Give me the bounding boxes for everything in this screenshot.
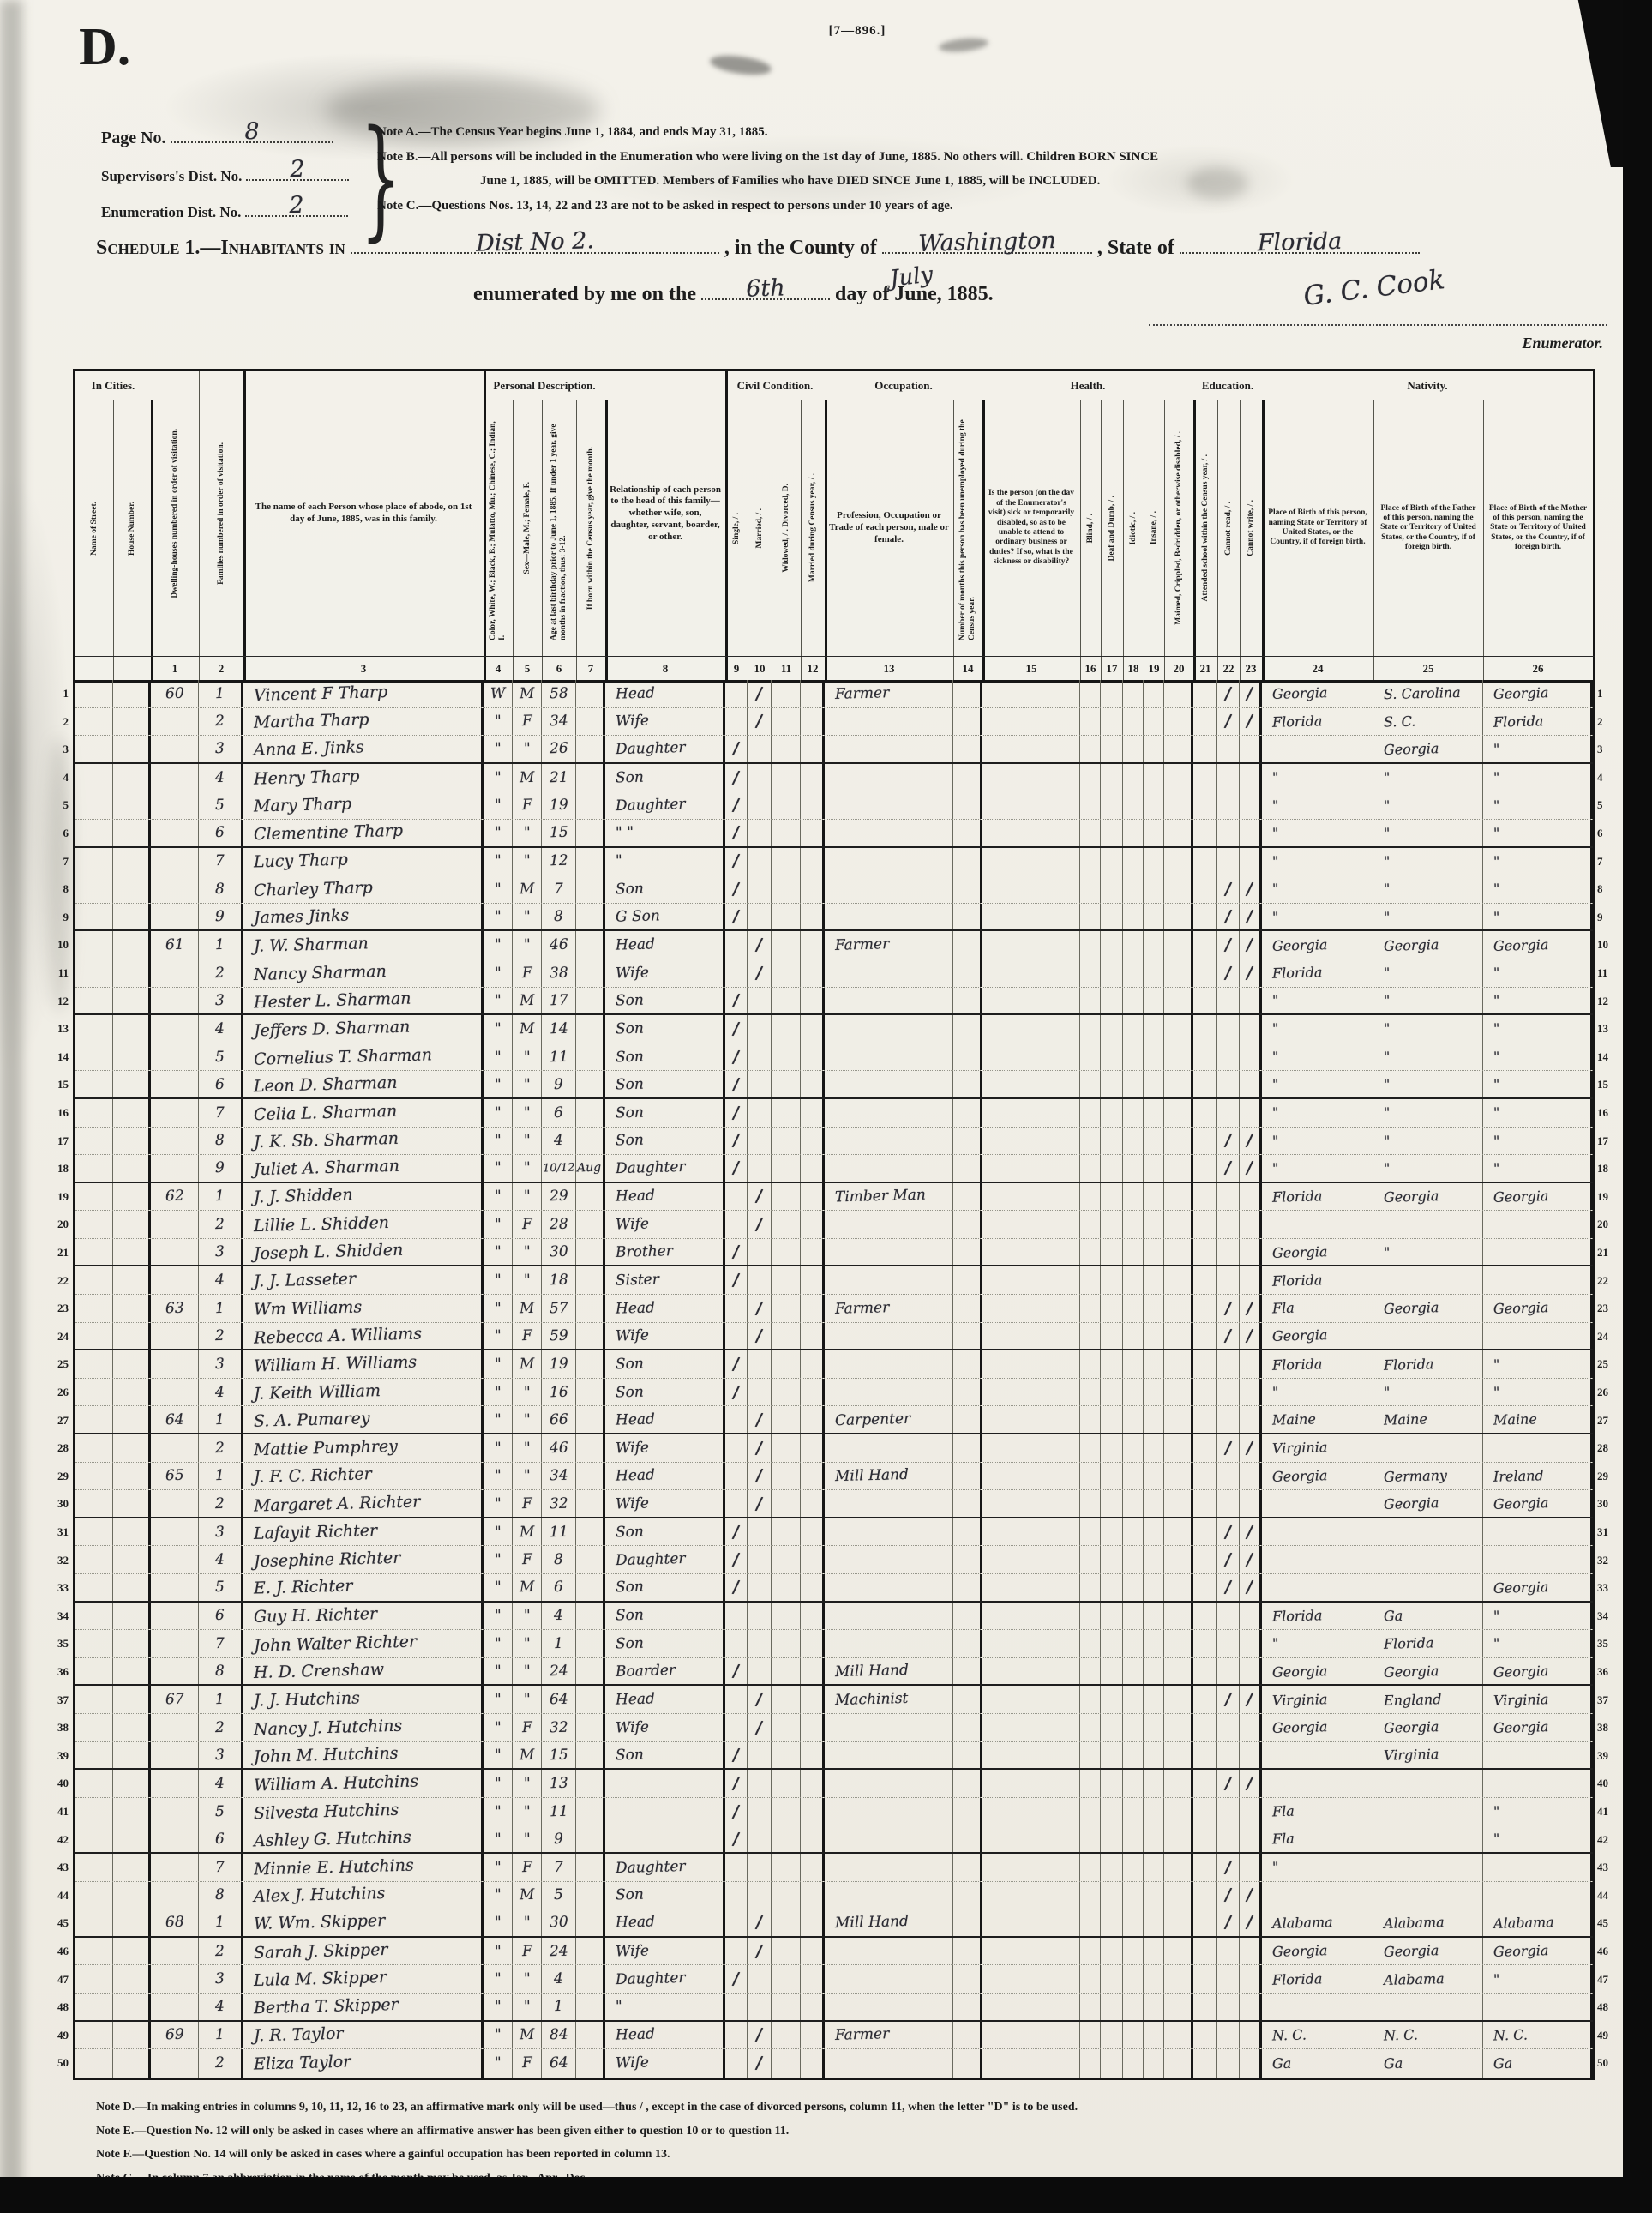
row-number: 43 xyxy=(57,1861,69,1874)
cell-street xyxy=(75,1603,113,1630)
cell-born_month xyxy=(576,1882,605,1909)
entry-birth_self: Alabama xyxy=(1272,1914,1333,1932)
cell-birth_father: Georgia xyxy=(1373,1490,1483,1517)
cell-born_month xyxy=(576,791,605,819)
entry-color: " xyxy=(494,797,501,814)
cell-birth_father: Germany xyxy=(1373,1463,1483,1490)
entry-age: 4 xyxy=(554,1607,563,1624)
entry-color: " xyxy=(494,1691,501,1708)
cell-birth_self: " xyxy=(1262,1015,1373,1043)
cell-cannot_read: / xyxy=(1217,1518,1240,1546)
cell-maimed xyxy=(1164,1350,1193,1378)
column-number-color: 4 xyxy=(484,656,514,680)
entry-color: " xyxy=(494,1216,501,1233)
row-number: 22 xyxy=(57,1274,69,1288)
cell-insane xyxy=(1144,1742,1164,1769)
table-row: 3Joseph L. Shidden""30Brother/Georgia" xyxy=(75,1239,1593,1267)
cell-age: 29 xyxy=(542,1183,576,1211)
cell-cannot_read xyxy=(1217,1463,1240,1490)
cell-birth_mother: " xyxy=(1483,904,1593,930)
cell-family: 3 xyxy=(199,736,243,762)
entry-relationship: Son xyxy=(616,1019,644,1037)
cell-insane xyxy=(1144,959,1164,987)
cell-married: / xyxy=(748,1714,772,1741)
cell-cannot_write xyxy=(1240,764,1262,791)
cell-school xyxy=(1193,1686,1217,1713)
cell-street xyxy=(75,1770,113,1797)
entry-sex: F xyxy=(521,1327,532,1344)
table-row: 621J. J. Shidden""29Head/Timber ManFlori… xyxy=(75,1183,1593,1212)
cell-age: 19 xyxy=(542,1350,576,1378)
cell-color: " xyxy=(484,1406,513,1433)
cell-birth_mother: Florida xyxy=(1483,708,1593,736)
cell-maimed xyxy=(1164,1155,1193,1182)
cell-occupation: Mill Hand xyxy=(825,1909,953,1936)
cell-married xyxy=(748,820,772,846)
cell-cannot_write xyxy=(1240,1015,1262,1043)
cell-maimed xyxy=(1164,931,1193,959)
entry-relationship: Son xyxy=(616,1103,644,1122)
entry-relationship: Head xyxy=(616,1299,655,1317)
cell-married xyxy=(748,904,772,930)
cell-sex: M xyxy=(513,680,542,707)
cell-color: " xyxy=(484,931,513,959)
entry-family: 6 xyxy=(215,824,225,841)
cell-birth_self: " xyxy=(1262,988,1373,1014)
entry-color: " xyxy=(494,1243,501,1260)
entry-sex: " xyxy=(523,1272,530,1289)
cell-cannot_read: / xyxy=(1217,959,1240,987)
cell-family: 2 xyxy=(199,2049,243,2078)
cell-street xyxy=(75,875,113,903)
cell-deaf xyxy=(1101,1379,1123,1406)
column-label-maimed: Maimed, Crippled, Bedridden, or otherwis… xyxy=(1174,431,1184,625)
cell-family: 5 xyxy=(199,1043,243,1071)
entry-single: / xyxy=(733,1242,740,1261)
cell-school xyxy=(1193,1183,1217,1211)
column-number-maimed: 20 xyxy=(1164,656,1196,680)
supervisors-dist-row: Supervisors's Dist. No. 2 xyxy=(101,168,349,185)
entry-birth_father: Georgia xyxy=(1384,936,1439,954)
cell-name: Celia L. Sharman xyxy=(243,1099,484,1127)
entry-name: Minnie E. Hutchins xyxy=(254,1855,414,1879)
cell-born_month xyxy=(576,736,605,762)
entry-age: 6 xyxy=(554,1579,563,1596)
entry-name: Juliet A. Sharman xyxy=(254,1157,400,1179)
cell-idiotic xyxy=(1123,848,1144,875)
cell-family: 8 xyxy=(199,875,243,903)
cell-street xyxy=(75,736,113,762)
cell-idiotic xyxy=(1123,1770,1144,1797)
entry-single: / xyxy=(733,1103,740,1122)
entry-relationship: Wife xyxy=(616,1942,649,1960)
cell-widowed xyxy=(772,1854,801,1881)
cell-relationship: Daughter xyxy=(605,1965,725,1993)
entry-birth_mother: Alabama xyxy=(1493,1914,1554,1932)
entry-birth_father: " xyxy=(1384,1104,1391,1121)
row-number: 28 xyxy=(57,1441,69,1455)
cell-birth_mother xyxy=(1483,1882,1593,1909)
entry-birth_mother: " xyxy=(1493,1384,1500,1400)
cell-cannot_read xyxy=(1217,1211,1240,1238)
cell-cannot_read xyxy=(1217,764,1240,791)
cell-widowed xyxy=(772,875,801,903)
entry-cannot_write: / xyxy=(1247,1774,1253,1793)
row-number: 29 xyxy=(57,1470,69,1483)
cell-sex: " xyxy=(513,1603,542,1630)
cell-name: J. R. Taylor xyxy=(243,2022,484,2049)
cell-widowed xyxy=(772,1295,801,1322)
column-label-blind: Blind, / . xyxy=(1086,514,1096,543)
row-number: 42 xyxy=(1597,1833,1608,1847)
entry-family: 2 xyxy=(215,2054,225,2072)
cell-relationship: Wife xyxy=(605,1323,725,1350)
cell-married xyxy=(748,1742,772,1769)
column-number-cannot_write: 23 xyxy=(1240,656,1265,680)
column-number-single: 9 xyxy=(725,656,748,680)
cell-family: 5 xyxy=(199,1574,243,1601)
entry-color: " xyxy=(494,1356,501,1373)
cell-insane xyxy=(1144,1043,1164,1071)
cell-unemployed xyxy=(953,1742,982,1769)
cell-deaf xyxy=(1101,1239,1123,1266)
cell-age: 21 xyxy=(542,764,576,791)
entry-sex: F xyxy=(521,713,532,730)
cell-house xyxy=(113,820,151,846)
cell-street xyxy=(75,1490,113,1517)
cell-married xyxy=(748,1825,772,1852)
cell-school xyxy=(1193,680,1217,707)
cell-house xyxy=(113,1630,151,1657)
cell-idiotic xyxy=(1123,1854,1144,1881)
cell-cannot_write: / xyxy=(1240,1882,1262,1909)
cell-birth_father: Georgia xyxy=(1373,736,1483,762)
cell-blind xyxy=(1080,1909,1101,1936)
row-number: 35 xyxy=(1597,1637,1608,1651)
cell-color: " xyxy=(484,1938,513,1965)
cell-cannot_read xyxy=(1217,1798,1240,1825)
cell-widowed xyxy=(772,1994,801,2020)
cell-dwelling xyxy=(151,1323,199,1350)
column-label-widowed: Widowed, / . Divorced, D. xyxy=(782,484,791,573)
cell-sex: " xyxy=(513,1155,542,1182)
column-label-deaf: Deaf and Dumb, / . xyxy=(1108,496,1117,562)
entry-single: / xyxy=(733,1746,740,1765)
cell-house xyxy=(113,1518,151,1546)
entry-relationship: Son xyxy=(616,1635,644,1653)
cell-deaf xyxy=(1101,1686,1123,1713)
cell-insane xyxy=(1144,1071,1164,1097)
entry-color: " xyxy=(494,2054,501,2072)
entry-birth_mother: " xyxy=(1493,1104,1500,1121)
cell-blind xyxy=(1080,1379,1101,1406)
cell-birth_self xyxy=(1262,736,1373,762)
cell-dwelling: 62 xyxy=(151,1183,199,1211)
cell-blind xyxy=(1080,1406,1101,1433)
cell-age: 4 xyxy=(542,1128,576,1155)
cell-relationship: Daughter xyxy=(605,791,725,819)
entry-dwelling: 68 xyxy=(165,1914,183,1932)
cell-sex: " xyxy=(513,1434,542,1462)
cell-maimed xyxy=(1164,1909,1193,1936)
cell-married_cy xyxy=(801,1043,825,1071)
cell-occupation xyxy=(825,1350,953,1378)
cell-deaf xyxy=(1101,820,1123,846)
entry-birth_mother: Georgia xyxy=(1493,1942,1549,1960)
column-number-born_month: 7 xyxy=(576,656,608,680)
district-line: Dist No 2. xyxy=(351,252,719,254)
cell-age: 26 xyxy=(542,736,576,762)
cell-unemployed xyxy=(953,1686,982,1713)
cell-birth_self: Virginia xyxy=(1262,1434,1373,1462)
column-header-birth_father: Place of Birth of the Father of this per… xyxy=(1373,400,1484,656)
entry-birth_mother: N. C. xyxy=(1493,2026,1528,2043)
note-b: Note B.—All persons will be included in … xyxy=(377,145,1389,170)
cell-occupation xyxy=(825,1603,953,1630)
cell-insane xyxy=(1144,1266,1164,1294)
cell-street xyxy=(75,820,113,846)
entry-birth_self: Fla xyxy=(1272,1831,1295,1848)
entry-sex: " xyxy=(523,1970,530,1987)
cell-insane xyxy=(1144,736,1164,762)
entry-family: 5 xyxy=(215,1802,225,1819)
cell-name: Ashley G. Hutchins xyxy=(243,1825,484,1852)
cell-sex: M xyxy=(513,1295,542,1322)
cell-relationship: Head xyxy=(605,1909,725,1936)
cell-street xyxy=(75,1574,113,1601)
entry-married: / xyxy=(756,1215,763,1234)
cell-house xyxy=(113,1379,151,1406)
cell-relationship: Daughter xyxy=(605,1546,725,1573)
cell-name: H. D. Crenshaw xyxy=(243,1658,484,1685)
column-label-birth_father: Place of Birth of the Father of this per… xyxy=(1373,502,1483,555)
cell-birth_father: S. C. xyxy=(1373,708,1483,736)
cell-age: 64 xyxy=(542,2049,576,2078)
entry-sex: " xyxy=(523,1188,530,1205)
cell-cannot_write: / xyxy=(1240,1128,1262,1155)
cell-deaf xyxy=(1101,848,1123,875)
cell-school xyxy=(1193,1825,1217,1852)
cell-dwelling xyxy=(151,1239,199,1266)
table-row: 671J. J. Hutchins""64Head/Machinist//Vir… xyxy=(75,1686,1593,1714)
cell-sick xyxy=(982,1015,1080,1043)
entry-relationship: Wife xyxy=(616,1439,649,1457)
cell-sex: M xyxy=(513,1015,542,1043)
entry-relationship: Son xyxy=(616,768,644,786)
cell-unemployed xyxy=(953,708,982,736)
cell-name: John M. Hutchins xyxy=(243,1742,484,1769)
cell-idiotic xyxy=(1123,1128,1144,1155)
entry-single: / xyxy=(733,1774,740,1793)
cell-sick xyxy=(982,1099,1080,1127)
enumeration-dist-value: 2 xyxy=(244,190,348,219)
entry-dwelling: 62 xyxy=(165,1188,183,1206)
cell-dwelling xyxy=(151,848,199,875)
cell-unemployed xyxy=(953,1183,982,1211)
table-row: 3Anna E. Jinks""26Daughter/Georgia" xyxy=(75,736,1593,764)
cell-street xyxy=(75,931,113,959)
cell-maimed xyxy=(1164,1323,1193,1350)
entry-sex: M xyxy=(520,1356,535,1373)
cell-married_cy xyxy=(801,1211,825,1238)
entry-sex: " xyxy=(523,1775,530,1792)
cell-birth_self: " xyxy=(1262,848,1373,875)
cell-cannot_write: / xyxy=(1240,1686,1262,1713)
cell-maimed xyxy=(1164,1938,1193,1965)
cell-birth_mother xyxy=(1483,1854,1593,1881)
cell-birth_self: " xyxy=(1262,1854,1373,1881)
cell-birth_father: " xyxy=(1373,848,1483,875)
cell-blind xyxy=(1080,1798,1101,1825)
cell-widowed xyxy=(772,959,801,987)
entry-family: 3 xyxy=(215,1243,225,1260)
column-header-age: Age at last birthday prior to June 1, 18… xyxy=(542,400,577,656)
enumeration-dist-label: Enumeration Dist. No. xyxy=(101,204,241,220)
cell-sick xyxy=(982,1434,1080,1462)
cell-birth_self: Georgia xyxy=(1262,1323,1373,1350)
cell-cannot_write: / xyxy=(1240,1909,1262,1936)
cell-birth_self xyxy=(1262,1546,1373,1573)
entry-age: 32 xyxy=(549,1494,568,1512)
cell-dwelling xyxy=(151,1518,199,1546)
column-header-cannot_write: Cannot write, / . xyxy=(1240,400,1265,656)
cell-dwelling: 69 xyxy=(151,2022,199,2049)
cell-house xyxy=(113,1015,151,1043)
cell-single xyxy=(725,1490,748,1517)
cell-house xyxy=(113,1490,151,1517)
note-e: Note E.—Question No. 12 will only be ask… xyxy=(96,2120,1553,2144)
cell-birth_self xyxy=(1262,1490,1373,1517)
cell-sick xyxy=(982,1909,1080,1936)
cell-cannot_read xyxy=(1217,1742,1240,1769)
cell-occupation xyxy=(825,1938,953,1965)
cell-street xyxy=(75,764,113,791)
cell-house xyxy=(113,1658,151,1685)
cell-occupation: Carpenter xyxy=(825,1406,953,1433)
column-number-school: 21 xyxy=(1193,656,1218,680)
row-number: 16 xyxy=(1597,1106,1608,1120)
column-number-birth_self: 24 xyxy=(1262,656,1374,680)
day-line: 6th xyxy=(701,298,830,300)
table-row: 2Nancy Sharman"F38Wife///Florida"" xyxy=(75,959,1593,988)
cell-relationship: Wife xyxy=(605,1211,725,1238)
cell-maimed xyxy=(1164,1490,1193,1517)
cell-house xyxy=(113,904,151,930)
cell-born_month xyxy=(576,1938,605,1965)
entry-sex: " xyxy=(523,1831,530,1848)
row-number: 48 xyxy=(1597,2000,1608,2014)
table-row: 2Margaret A. Richter"F32Wife/GeorgiaGeor… xyxy=(75,1490,1593,1518)
entry-birth_father: " xyxy=(1384,797,1391,814)
row-number: 34 xyxy=(57,1609,69,1623)
cell-occupation: Timber Man xyxy=(825,1183,953,1211)
cell-birth_self: Virginia xyxy=(1262,1686,1373,1713)
cell-maimed xyxy=(1164,904,1193,930)
cell-blind xyxy=(1080,1350,1101,1378)
cell-idiotic xyxy=(1123,1574,1144,1601)
cell-cannot_read: / xyxy=(1217,680,1240,707)
cell-relationship: Son xyxy=(605,1071,725,1097)
entry-relationship: Wife xyxy=(616,2054,649,2072)
cell-blind xyxy=(1080,1546,1101,1573)
entry-birth_self: " xyxy=(1272,1104,1279,1121)
cell-sick xyxy=(982,1714,1080,1741)
entry-birth_father: " xyxy=(1384,881,1391,897)
table-row: 9James Jinks""8G Son///""" xyxy=(75,904,1593,932)
cell-sick xyxy=(982,1155,1080,1182)
entry-sex: " xyxy=(523,740,530,757)
cell-birth_self: " xyxy=(1262,791,1373,819)
cell-deaf xyxy=(1101,1854,1123,1881)
cell-single xyxy=(725,1994,748,2020)
row-number: 35 xyxy=(57,1637,69,1651)
cell-deaf xyxy=(1101,1128,1123,1155)
cell-born_month xyxy=(576,1043,605,1071)
cell-born_month xyxy=(576,1686,605,1713)
cell-relationship: Head xyxy=(605,1295,725,1322)
entry-birth_self: " xyxy=(1272,908,1279,924)
entry-color: " xyxy=(494,1467,501,1484)
cell-idiotic xyxy=(1123,1658,1144,1685)
column-number-married: 10 xyxy=(748,656,772,680)
row-number: 24 xyxy=(1597,1330,1608,1344)
cell-occupation xyxy=(825,904,953,930)
entry-age: 18 xyxy=(549,1272,568,1290)
table-row: 611J. W. Sharman""46Head/Farmer//Georgia… xyxy=(75,931,1593,959)
cell-color: " xyxy=(484,1099,513,1127)
cell-name: W. Wm. Skipper xyxy=(243,1909,484,1936)
cell-married xyxy=(748,791,772,819)
entry-cannot_write: / xyxy=(1247,1299,1253,1318)
cell-dwelling xyxy=(151,1546,199,1573)
cell-sex: " xyxy=(513,1798,542,1825)
entry-color: " xyxy=(494,908,501,925)
entry-color: " xyxy=(494,1300,501,1317)
cell-insane xyxy=(1144,1239,1164,1266)
cell-birth_self: " xyxy=(1262,904,1373,930)
cell-born_month xyxy=(576,1658,605,1685)
table-row: 4Josephine Richter"F8Daughter/// xyxy=(75,1546,1593,1574)
cell-idiotic xyxy=(1123,2022,1144,2049)
entry-name: S. A. Pumarey xyxy=(254,1409,370,1431)
cell-idiotic xyxy=(1123,1434,1144,1462)
entry-age: 57 xyxy=(549,1300,568,1318)
cell-married_cy xyxy=(801,1909,825,1936)
entry-occupation: Farmer xyxy=(835,684,890,703)
entry-color: " xyxy=(494,1272,501,1289)
row-number: 43 xyxy=(1597,1861,1608,1874)
entry-family: 2 xyxy=(215,1719,225,1736)
enumeration-dist-line: 2 xyxy=(245,215,348,217)
cell-insane xyxy=(1144,1406,1164,1433)
table-row: 6Leon D. Sharman""9Son/""" xyxy=(75,1071,1593,1099)
entry-relationship: Son xyxy=(616,1132,644,1150)
row-number: 37 xyxy=(57,1693,69,1707)
row-number: 12 xyxy=(1597,995,1608,1008)
cell-color: " xyxy=(484,1658,513,1685)
column-label-relationship: Relationship of each person to the head … xyxy=(605,483,725,545)
cell-insane xyxy=(1144,1714,1164,1741)
cell-maimed xyxy=(1164,875,1193,903)
cell-relationship: Son xyxy=(605,1015,725,1043)
cell-married_cy xyxy=(801,1965,825,1993)
cell-idiotic xyxy=(1123,1183,1144,1211)
cell-birth_mother xyxy=(1483,1266,1593,1294)
entry-birth_mother: Georgia xyxy=(1493,684,1549,702)
cell-insane xyxy=(1144,820,1164,846)
row-number: 27 xyxy=(1597,1414,1608,1428)
cell-unemployed xyxy=(953,959,982,987)
